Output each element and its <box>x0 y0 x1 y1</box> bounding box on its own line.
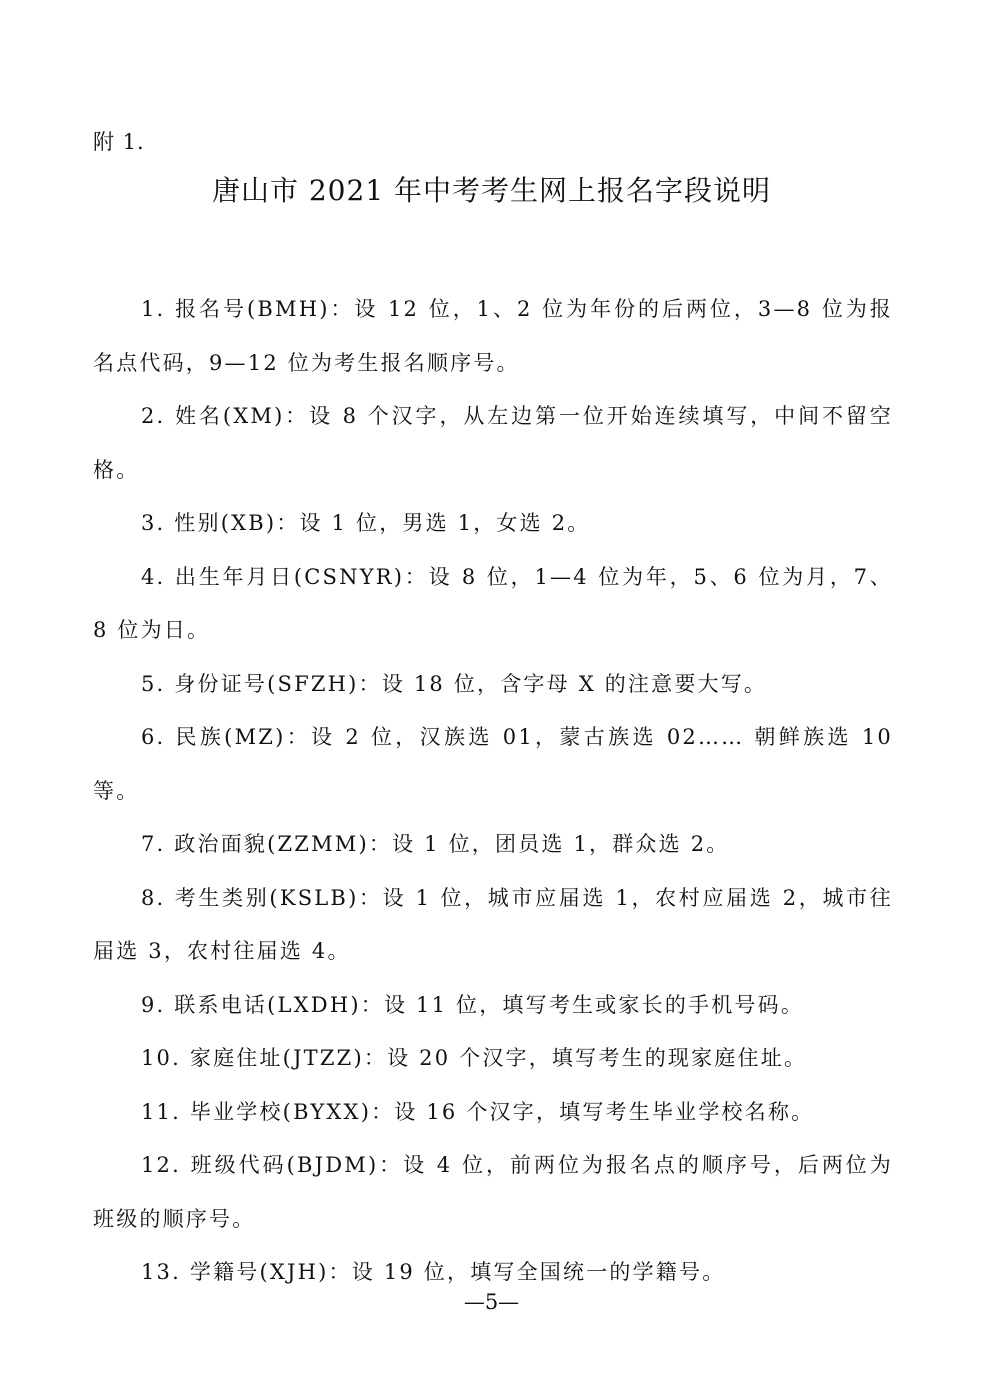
annex-label: 附 1. <box>93 128 145 156</box>
field-item-xm: 2. 姓名(XM)：设 8 个汉字，从左边第一位开始连续填写，中间不留空格。 <box>93 390 893 497</box>
field-item-csnyr: 4. 出生年月日(CSNYR)：设 8 位，1—4 位为年，5、6 位为月，7、… <box>93 551 893 658</box>
field-item-kslb: 8. 考生类别(KSLB)：设 1 位，城市应届选 1，农村应届选 2，城市往届… <box>93 872 893 979</box>
field-item-zzmm: 7. 政治面貌(ZZMM)：设 1 位，团员选 1，群众选 2。 <box>93 818 893 872</box>
page-number: —5— <box>0 1288 983 1316</box>
field-item-byxx: 11. 毕业学校(BYXX)：设 16 个汉字，填写考生毕业学校名称。 <box>93 1086 893 1140</box>
document-title: 唐山市 2021 年中考考生网上报名字段说明 <box>0 172 983 210</box>
field-item-xb: 3. 性别(XB)：设 1 位，男选 1，女选 2。 <box>93 497 893 551</box>
field-item-lxdh: 9. 联系电话(LXDH)：设 11 位，填写考生或家长的手机号码。 <box>93 979 893 1033</box>
field-item-mz: 6. 民族(MZ)：设 2 位，汉族选 01，蒙古族选 02…… 朝鲜族选 10… <box>93 711 893 818</box>
field-item-bmh: 1. 报名号(BMH)：设 12 位，1、2 位为年份的后两位，3—8 位为报名… <box>93 283 893 390</box>
field-item-jtzz: 10. 家庭住址(JTZZ)：设 20 个汉字，填写考生的现家庭住址。 <box>93 1032 893 1086</box>
field-description-list: 1. 报名号(BMH)：设 12 位，1、2 位为年份的后两位，3—8 位为报名… <box>93 283 893 1300</box>
field-item-bjdm: 12. 班级代码(BJDM)：设 4 位，前两位为报名点的顺序号，后两位为班级的… <box>93 1139 893 1246</box>
field-item-sfzh: 5. 身份证号(SFZH)：设 18 位，含字母 X 的注意要大写。 <box>93 658 893 712</box>
document-page: 附 1. 唐山市 2021 年中考考生网上报名字段说明 1. 报名号(BMH)：… <box>0 0 983 1394</box>
